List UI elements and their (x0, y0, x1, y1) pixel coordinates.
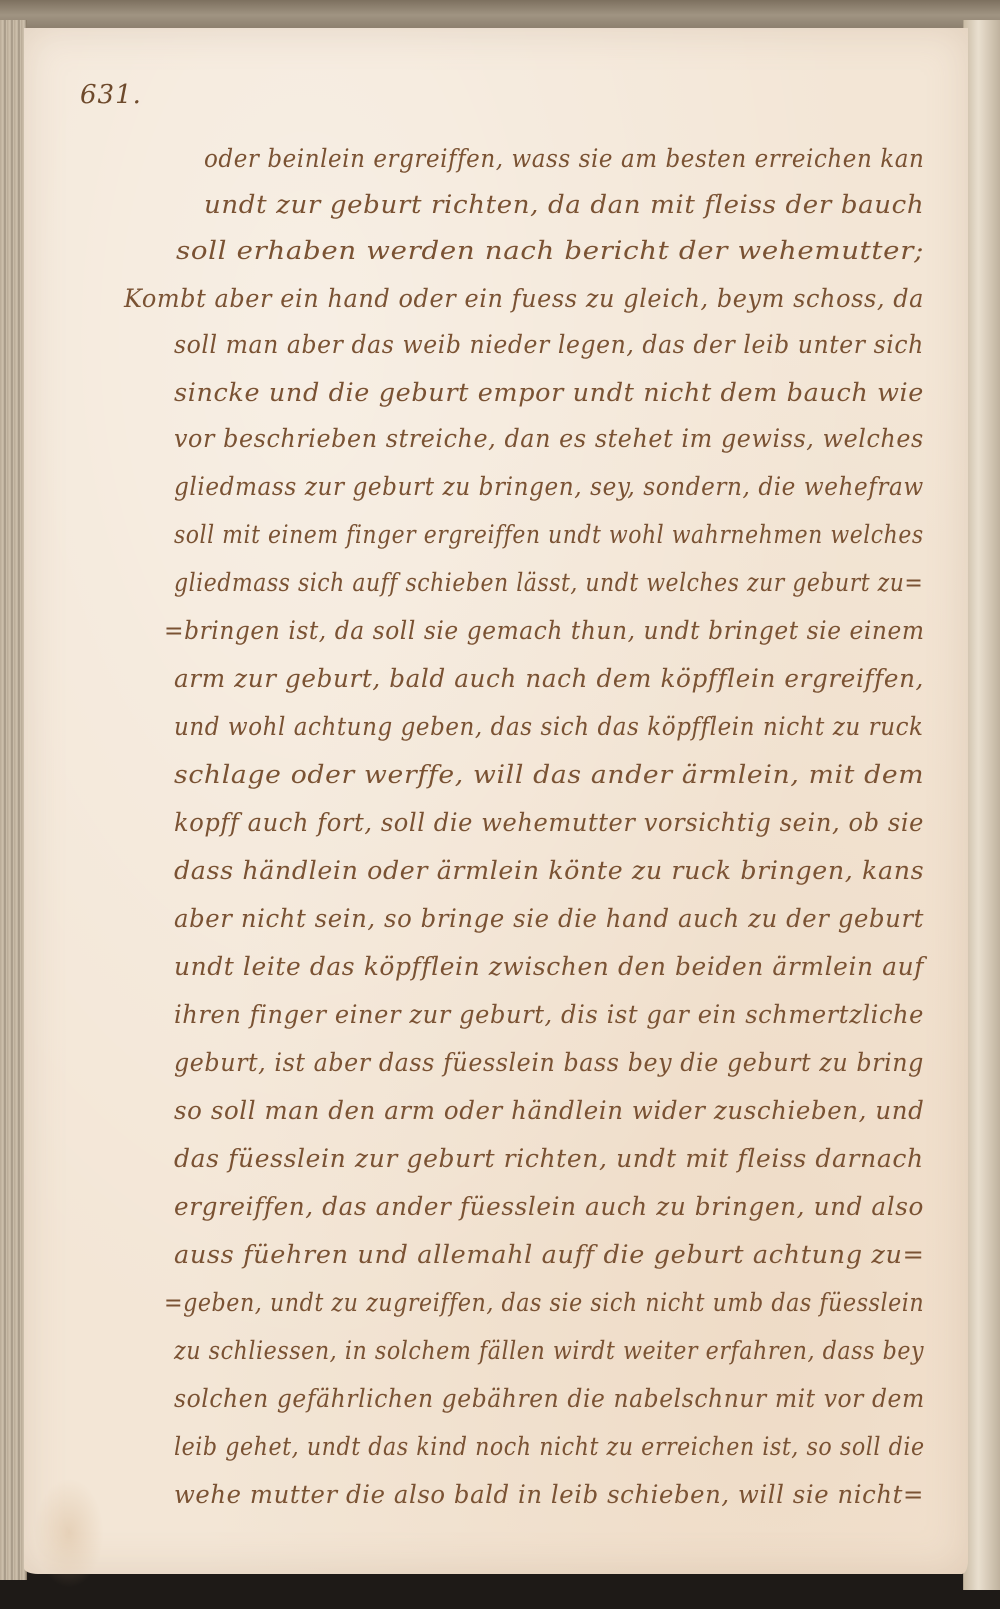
text-line: das füesslein zur geburt richten, undt m… (174, 1144, 924, 1173)
text-line: Kombt aber ein hand oder ein fuess zu gl… (124, 284, 924, 313)
text-line: dass händlein oder ärmlein könte zu ruck… (174, 856, 924, 885)
text-line: und wohl achtung geben, das sich das köp… (174, 712, 924, 741)
text-line: auss füehren und allemahl auff die gebur… (174, 1240, 925, 1269)
text-line: undt leite das köpfflein zwischen den be… (174, 952, 924, 981)
text-line: so soll man den arm oder händlein wider … (174, 1096, 924, 1125)
text-line: ihren finger einer zur geburt, dis ist g… (174, 1000, 924, 1029)
page-stack-left-edge (0, 20, 27, 1580)
text-line: sincke und die geburt empor undt nicht d… (174, 378, 924, 407)
text-line: =geben, undt zu zugreiffen, das sie sich… (164, 1288, 924, 1317)
text-line: vor beschrieben streiche, dan es stehet … (174, 424, 924, 453)
text-line: kopff auch fort, soll die wehemutter vor… (174, 808, 924, 837)
text-line: wehe mutter die also bald in leib schieb… (174, 1480, 924, 1509)
text-line: soll erhaben werden nach bericht der weh… (176, 236, 924, 265)
text-line: schlage oder werffe, will das ander ärml… (174, 760, 924, 789)
manuscript-scan: 631. oder beinlein ergreiffen, wass sie … (0, 0, 1000, 1609)
binding-top-edge (0, 0, 1000, 30)
text-line: arm zur geburt, bald auch nach dem köpff… (174, 664, 924, 693)
text-line: ergreiffen, das ander füesslein auch zu … (174, 1192, 924, 1221)
text-line: soll man aber das weib nieder legen, das… (174, 330, 924, 359)
text-line: oder beinlein ergreiffen, wass sie am be… (204, 144, 924, 173)
text-line: zu schliessen, in solchem fällen wirdt w… (174, 1336, 924, 1365)
text-line: soll mit einem finger ergreiffen undt wo… (174, 520, 924, 549)
text-line: gliedmass sich auff schieben lässt, undt… (174, 568, 923, 597)
text-line: =bringen ist, da soll sie gemach thun, u… (164, 616, 925, 645)
text-line: geburt, ist aber dass füesslein bass bey… (174, 1048, 924, 1077)
text-line: aber nicht sein, so bringe sie die hand … (174, 904, 924, 933)
text-line: solchen gefährlichen gebähren die nabels… (174, 1384, 925, 1413)
page-stack-right-edge (963, 20, 1000, 1590)
text-line: undt zur geburt richten, da dan mit flei… (204, 190, 924, 219)
text-line: gliedmass zur geburt zu bringen, sey, so… (174, 472, 924, 501)
handwritten-text-block: oder beinlein ergreiffen, wass sie am be… (24, 28, 968, 1574)
manuscript-page: 631. oder beinlein ergreiffen, wass sie … (24, 28, 968, 1574)
text-line: leib gehet, undt das kind noch nicht zu … (174, 1432, 925, 1461)
